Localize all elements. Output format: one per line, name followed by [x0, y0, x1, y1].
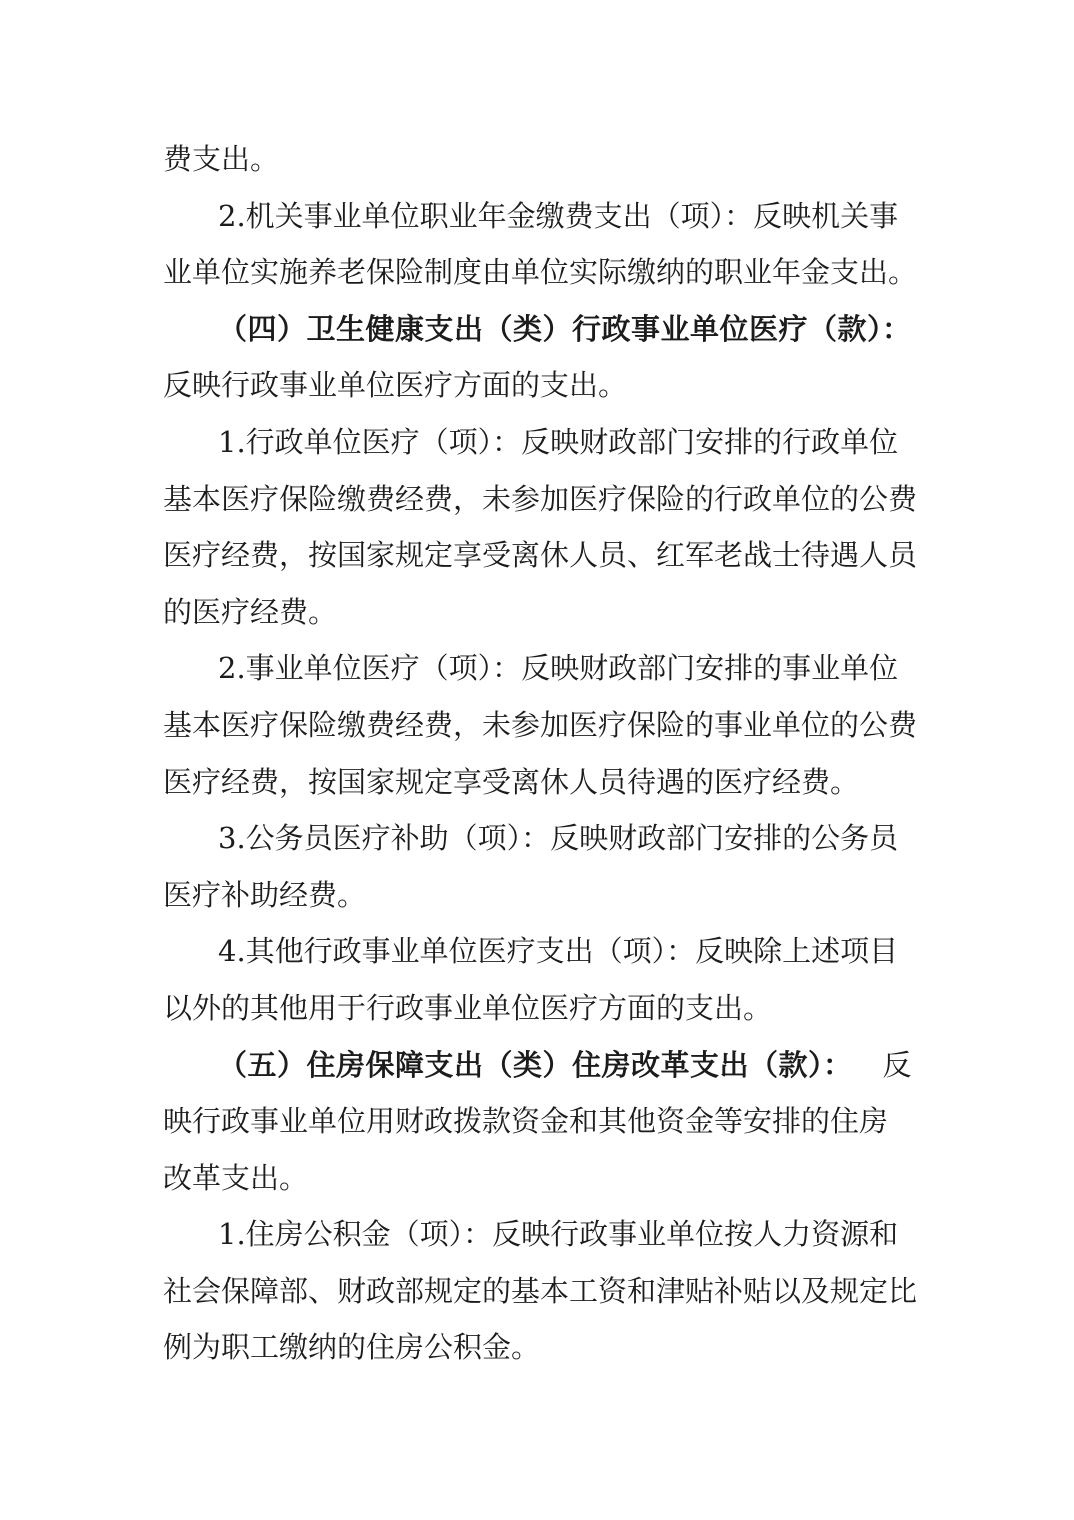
body-text-segment: 基本医疗保险缴费经费，未参加医疗保险的事业单位的公费	[163, 708, 917, 742]
body-text-segment: 映行政事业单位用财政拨款资金和其他资金等安排的住房	[163, 1104, 888, 1138]
text-line: 社会保障部、财政部规定的基本工资和津贴补贴以及规定比	[163, 1263, 913, 1320]
text-line: 例为职工缴纳的住房公积金。	[163, 1319, 913, 1376]
body-text-segment: 2.机关事业单位职业年金缴费支出（项）：反映机关事	[218, 199, 898, 233]
text-line: 医疗经费，按国家规定享受离休人员待遇的医疗经费。	[163, 754, 913, 811]
text-line: 映行政事业单位用财政拨款资金和其他资金等安排的住房	[163, 1093, 913, 1150]
body-text-segment: 反映行政事业单位医疗方面的支出。	[163, 368, 627, 402]
body-text-segment: 基本医疗保险缴费经费，未参加医疗保险的行政单位的公费	[163, 482, 917, 516]
body-text-segment: 1.住房公积金（项）：反映行政事业单位按人力资源和	[218, 1217, 898, 1251]
text-line: 3.公务员医疗补助（项）：反映财政部门安排的公务员	[163, 810, 913, 867]
text-line: 1.行政单位医疗（项）：反映财政部门安排的行政单位	[163, 414, 913, 471]
body-text-segment: 3.公务员医疗补助（项）：反映财政部门安排的公务员	[218, 821, 898, 855]
text-line: 基本医疗保险缴费经费，未参加医疗保险的事业单位的公费	[163, 697, 913, 754]
body-text-segment: 费支出。	[163, 142, 279, 176]
text-line: 2.事业单位医疗（项）：反映财政部门安排的事业单位	[163, 640, 913, 697]
body-text-segment: 医疗补助经费。	[163, 878, 366, 912]
document-page: { "page": { "background_color": "#ffffff…	[0, 0, 1074, 1520]
body-text-segment: 业单位实施养老保险制度由单位实际缴纳的职业年金支出。	[163, 255, 917, 289]
text-line: 2.机关事业单位职业年金缴费支出（项）：反映机关事	[163, 188, 913, 245]
section-heading-line: （五）住房保障支出（类）住房改革支出（款）：反	[163, 1037, 913, 1094]
text-line: 医疗经费，按国家规定享受离休人员、红军老战士待遇人员	[163, 527, 913, 584]
text-line: 以外的其他用于行政事业单位医疗方面的支出。	[163, 980, 913, 1037]
body-text-segment: 1.行政单位医疗（项）：反映财政部门安排的行政单位	[218, 425, 898, 459]
text-line: 业单位实施养老保险制度由单位实际缴纳的职业年金支出。	[163, 244, 913, 301]
heading-text-segment: （四）卫生健康支出（类）行政事业单位医疗（款）：	[218, 312, 912, 346]
body-text-segment: 例为职工缴纳的住房公积金。	[163, 1330, 540, 1364]
body-text-segment: 4.其他行政事业单位医疗支出（项）：反映除上述项目	[218, 934, 898, 968]
body-text-segment: 医疗经费，按国家规定享受离休人员待遇的医疗经费。	[163, 765, 859, 799]
body-text-segment: 改革支出。	[163, 1161, 308, 1195]
text-line: 反映行政事业单位医疗方面的支出。	[163, 357, 913, 414]
text-line: 的医疗经费。	[163, 584, 913, 641]
body-text-segment: 社会保障部、财政部规定的基本工资和津贴补贴以及规定比	[163, 1274, 917, 1308]
body-text-segment: 医疗经费，按国家规定享受离休人员、红军老战士待遇人员	[163, 538, 917, 572]
body-text-segment: 以外的其他用于行政事业单位医疗方面的支出。	[163, 991, 772, 1025]
text-line: 1.住房公积金（项）：反映行政事业单位按人力资源和	[163, 1206, 913, 1263]
text-line: 医疗补助经费。	[163, 867, 913, 924]
text-line: 费支出。	[163, 131, 913, 188]
body-text-segment: 反	[883, 1048, 912, 1082]
section-heading-line: （四）卫生健康支出（类）行政事业单位医疗（款）：	[163, 301, 913, 358]
heading-text-segment: （五）住房保障支出（类）住房改革支出（款）：	[218, 1048, 853, 1082]
body-text-segment: 的医疗经费。	[163, 595, 337, 629]
body-text-segment: 2.事业单位医疗（项）：反映财政部门安排的事业单位	[218, 651, 898, 685]
document-body: 费支出。2.机关事业单位职业年金缴费支出（项）：反映机关事业单位实施养老保险制度…	[163, 131, 913, 1376]
text-line: 4.其他行政事业单位医疗支出（项）：反映除上述项目	[163, 923, 913, 980]
text-line: 改革支出。	[163, 1150, 913, 1207]
text-line: 基本医疗保险缴费经费，未参加医疗保险的行政单位的公费	[163, 471, 913, 528]
